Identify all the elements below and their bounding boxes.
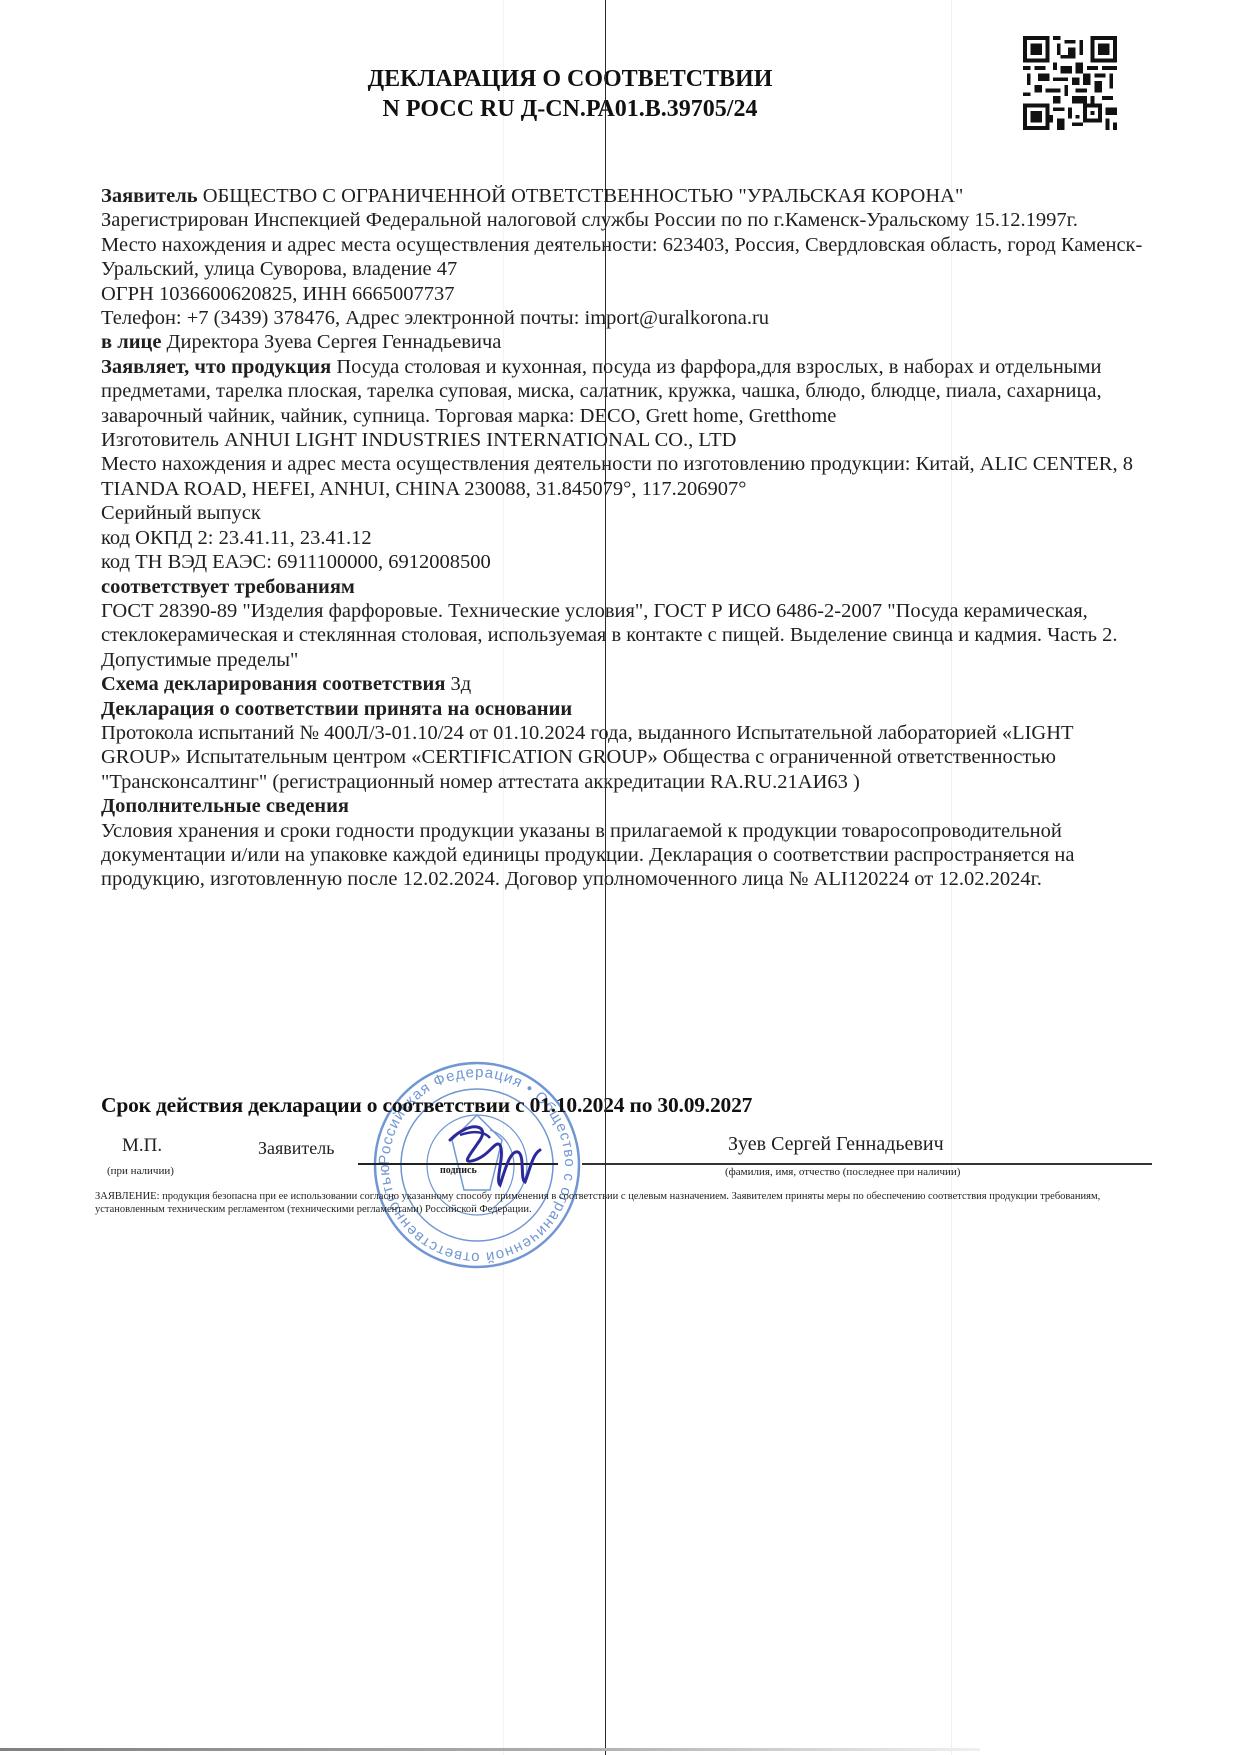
tnved-code: код ТН ВЭД ЕАЭС: 6911100000, 6912008500 [101,550,1151,574]
applicant-contacts: Телефон: +7 (3439) 378476, Адрес электро… [101,306,1151,330]
signer-name: Зуев Сергей Геннадьевич [728,1133,944,1156]
seal-place-note: (при наличии) [107,1165,174,1177]
requirements-label: соответствует требованиям [101,575,1151,599]
name-line [582,1163,1152,1165]
seal-place-label: М.П. [122,1135,162,1157]
scheme-value: 3д [445,673,471,695]
applicant-ids: ОГРН 1036600620825, ИНН 6665007737 [101,282,1151,306]
validity-period: Срок действия декларации о соответствии … [101,1093,752,1118]
manufacturer: Изготовитель ANHUI LIGHT INDUSTRIES INTE… [101,428,1151,452]
applicant-representative: в лице Директора Зуева Сергея Геннадьеви… [101,330,1151,354]
represented-by: Директора Зуева Сергея Геннадьевича [161,331,501,353]
applicant-signature-label: Заявитель [258,1138,334,1159]
scheme-section: Схема декларирования соответствия 3д [101,672,1151,696]
additional-text: Условия хранения и сроки годности продук… [101,819,1151,892]
applicant-registration: Зарегистрирован Инспекцией Федеральной н… [101,208,1151,232]
production-type: Серийный выпуск [101,501,1151,525]
title-line-1: ДЕКЛАРАЦИЯ О СООТВЕТСТВИИ [280,64,860,94]
product-label: Заявляет, что продукция [101,356,331,378]
product-section: Заявляет, что продукция Посуда столовая … [101,355,1151,428]
applicant-name: ОБЩЕСТВО С ОГРАНИЧЕННОЙ ОТВЕТСТВЕННОСТЬЮ… [198,185,964,207]
qr-code-icon [1023,36,1117,130]
safety-statement: ЗАЯВЛЕНИЕ: продукция безопасна при ее ис… [95,1190,1135,1216]
represented-label: в лице [101,331,161,353]
requirements-text: ГОСТ 28390-89 "Изделия фарфоровые. Техни… [101,599,1151,672]
applicant-section: Заявитель ОБЩЕСТВО С ОГРАНИЧЕННОЙ ОТВЕТС… [101,184,1151,208]
scan-artifact-line [605,0,606,1755]
page-title: ДЕКЛАРАЦИЯ О СООТВЕТСТВИИ N РОСС RU Д-CN… [280,64,860,124]
applicant-address: Место нахождения и адрес места осуществл… [101,233,1151,282]
okpd-code: код ОКПД 2: 23.41.11, 23.41.12 [101,526,1151,550]
handwritten-signature-icon [440,1110,550,1200]
signer-name-note: (фамилия, имя, отчество (последнее при н… [725,1166,960,1178]
page-edge [0,1748,980,1751]
declaration-body: Заявитель ОБЩЕСТВО С ОГРАНИЧЕННОЙ ОТВЕТС… [101,184,1151,892]
manufacturer-address: Место нахождения и адрес места осуществл… [101,452,1151,501]
applicant-label: Заявитель [101,185,198,207]
basis-text: Протокола испытаний № 400Л/3-01.10/24 от… [101,721,1151,794]
basis-label: Декларация о соответствии принята на осн… [101,697,1151,721]
title-line-2: N РОСС RU Д-CN.РА01.В.39705/24 [280,94,860,124]
additional-label: Дополнительные сведения [101,794,1151,818]
scheme-label: Схема декларирования соответствия [101,673,445,695]
